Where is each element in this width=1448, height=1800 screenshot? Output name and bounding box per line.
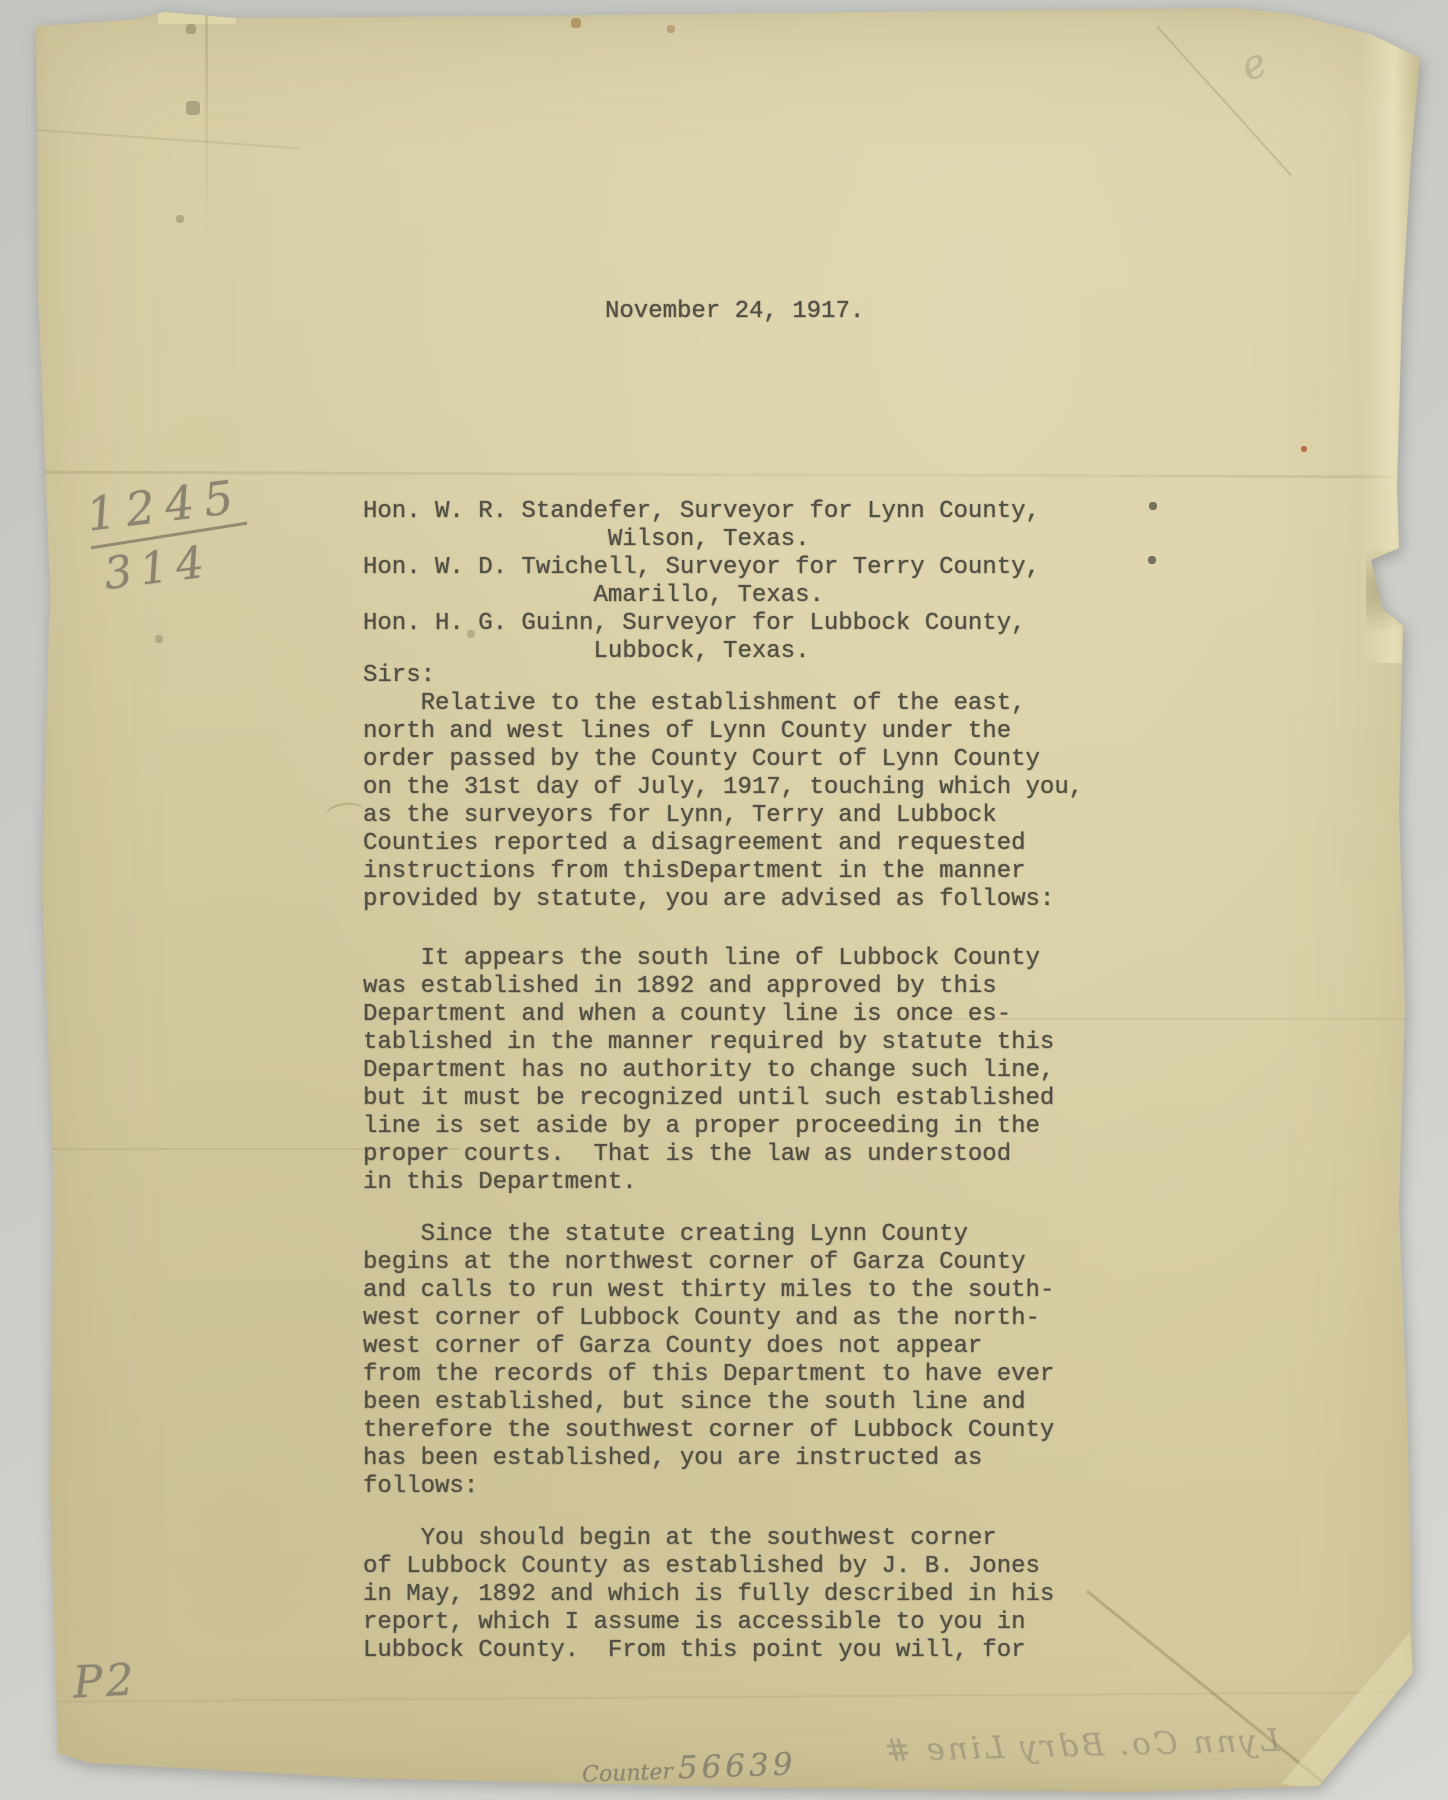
- torn-notch-shadow: [1366, 546, 1422, 634]
- salutation: Sirs:: [363, 662, 435, 690]
- paper-wrap: November 24, 1917. Hon. W. R. Standefer,…: [0, 0, 1448, 1800]
- crease-line: [1157, 26, 1292, 176]
- file-number-numerator: 1245: [84, 469, 247, 542]
- corner-fold: [1270, 1632, 1413, 1790]
- counter-word: Counter: [582, 1760, 674, 1788]
- right-edge-fold: [1360, 23, 1422, 663]
- paper-specks: [30, 8, 32, 10]
- paragraph-2: It appears the south line of Lubbock Cou…: [363, 945, 1054, 1197]
- crease-line: [205, 8, 208, 243]
- corner-mark: e: [1233, 39, 1274, 91]
- bleedthrough-note: Lynn Co. Bdry Line #: [720, 1723, 1281, 1774]
- crease-line: [30, 1691, 1422, 1703]
- letter-paper: November 24, 1917. Hon. W. R. Standefer,…: [30, 8, 1422, 1792]
- crease-arc: [324, 800, 367, 827]
- crease-line: [30, 129, 299, 150]
- addressee-block: Hon. W. R. Standefer, Surveyor for Lynn …: [363, 498, 1040, 666]
- scanned-letter-page: November 24, 1917. Hon. W. R. Standefer,…: [0, 0, 1448, 1800]
- page-mark: P2: [72, 1654, 138, 1708]
- paragraph-3: Since the statute creating Lynn County b…: [363, 1221, 1054, 1501]
- tape-mark: [158, 8, 236, 24]
- file-number-fraction: 1245 314: [84, 469, 255, 601]
- date-line: November 24, 1917.: [605, 298, 864, 326]
- paragraph-4: You should begin at the southwest corner…: [363, 1525, 1054, 1665]
- paragraph-1: Relative to the establishment of the eas…: [363, 690, 1083, 914]
